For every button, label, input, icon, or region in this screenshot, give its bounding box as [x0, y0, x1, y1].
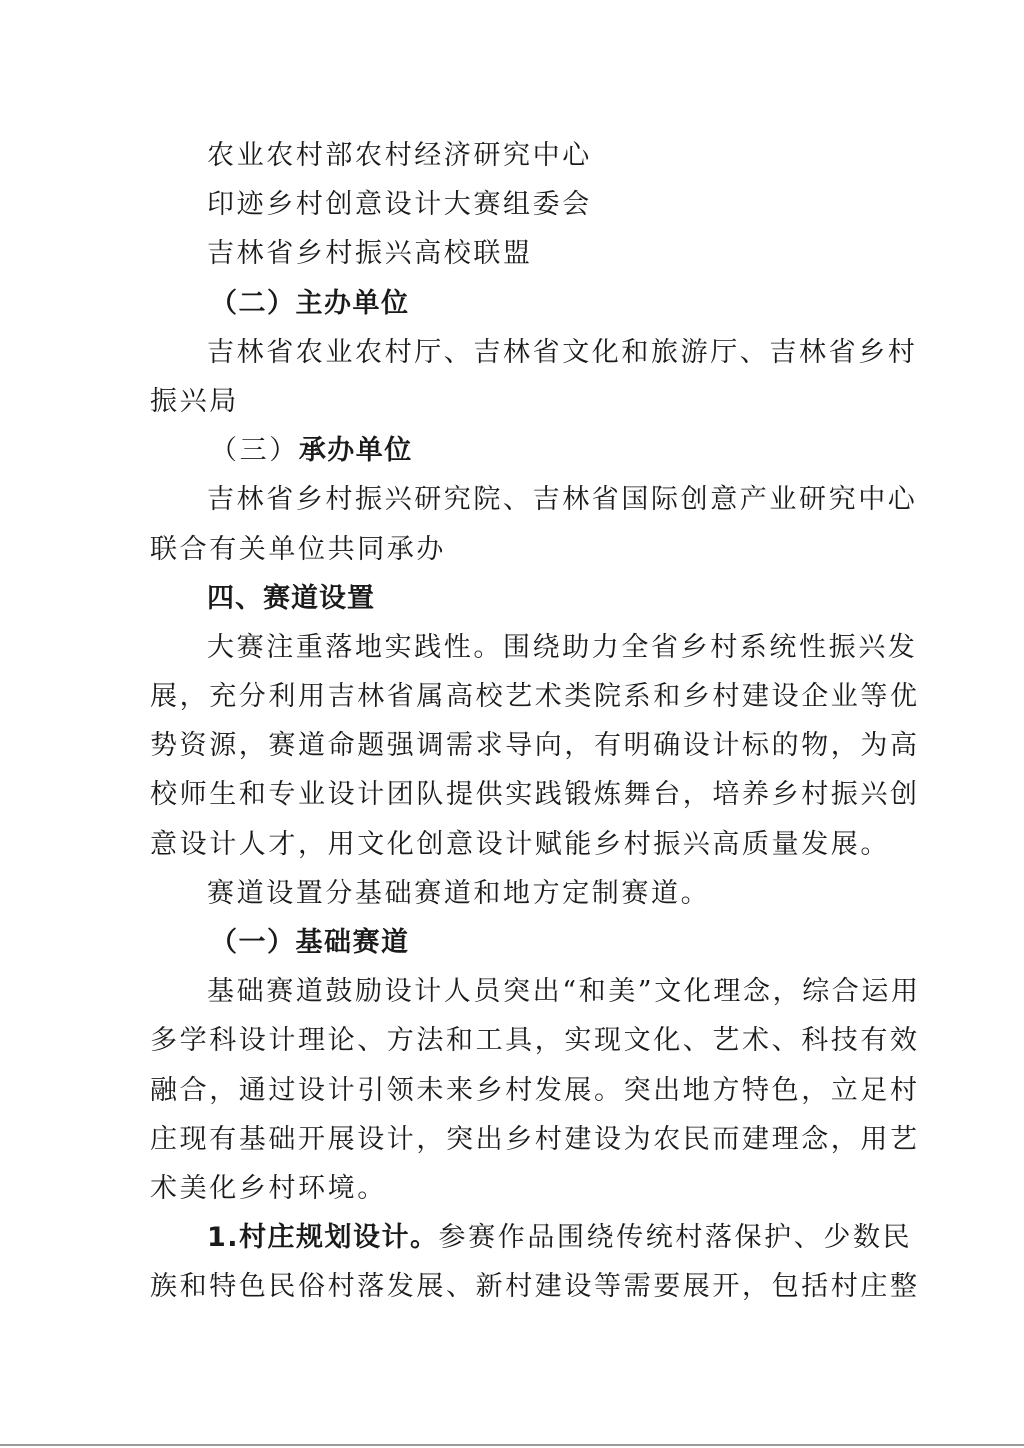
paragraph-line: 多学科设计理论、方法和工具，实现文化、艺术、科技有效 — [150, 1016, 862, 1065]
section-heading-tracks: 四、赛道设置 — [150, 574, 862, 623]
paragraph-line: 意设计人才，用文化创意设计赋能乡村振兴高质量发展。 — [150, 820, 862, 869]
item-1-first-line: 1.村庄规划设计。参赛作品围绕传统村落保护、少数民 — [150, 1213, 862, 1262]
organizer-line: 农业农村部农村经济研究中心 — [150, 131, 862, 180]
paragraph-line: 庄现有基础开展设计，突出乡村建设为农民而建理念，用艺 — [150, 1115, 862, 1164]
document-page: 农业农村部农村经济研究中心 印迹乡村创意设计大赛组委会 吉林省乡村振兴高校联盟 … — [150, 131, 862, 1312]
paragraph-line: 基础赛道鼓励设计人员突出“和美”文化理念，综合运用 — [150, 967, 862, 1016]
section-heading-undertake: （三）承办单位 — [150, 426, 862, 475]
organizer-line: 吉林省乡村振兴高校联盟 — [150, 229, 862, 278]
paragraph-line: 校师生和专业设计团队提供实践锻炼舞台，培养乡村振兴创 — [150, 770, 862, 819]
paragraph-line: 势资源，赛道命题强调需求导向，有明确设计标的物，为高 — [150, 721, 862, 770]
item-1-text: 参赛作品围绕传统村落保护、少数民 — [439, 1222, 913, 1253]
page-bottom-edge — [0, 1444, 1024, 1446]
section-heading-basic: （一）基础赛道 — [150, 918, 862, 967]
paragraph-line: 融合，通过设计引领未来乡村发展。突出地方特色，立足村 — [150, 1066, 862, 1115]
item-1-title: 1.村庄规划设计。 — [207, 1222, 439, 1253]
organizer-line: 印迹乡村创意设计大赛组委会 — [150, 180, 862, 229]
section-heading-host: （二）主办单位 — [150, 279, 862, 328]
paragraph-line: 联合有关单位共同承办 — [150, 525, 862, 574]
paragraph-line: 族和特色民俗村落发展、新村建设等需要展开，包括村庄整 — [150, 1262, 862, 1311]
paragraph-line: 振兴局 — [150, 377, 862, 426]
paragraph-line: 展，充分利用吉林省属高校艺术类院系和乡村建设企业等优 — [150, 672, 862, 721]
paragraph-line: 大赛注重落地实践性。围绕助力全省乡村系统性振兴发 — [150, 623, 862, 672]
heading-text: 承办单位 — [299, 435, 413, 466]
paragraph-line: 吉林省农业农村厅、吉林省文化和旅游厅、吉林省乡村 — [150, 328, 862, 377]
paragraph-line: 赛道设置分基础赛道和地方定制赛道。 — [150, 869, 862, 918]
paragraph-line: 吉林省乡村振兴研究院、吉林省国际创意产业研究中心 — [150, 475, 862, 524]
paragraph-line: 术美化乡村环境。 — [150, 1164, 862, 1213]
heading-prefix: （三） — [210, 435, 299, 466]
